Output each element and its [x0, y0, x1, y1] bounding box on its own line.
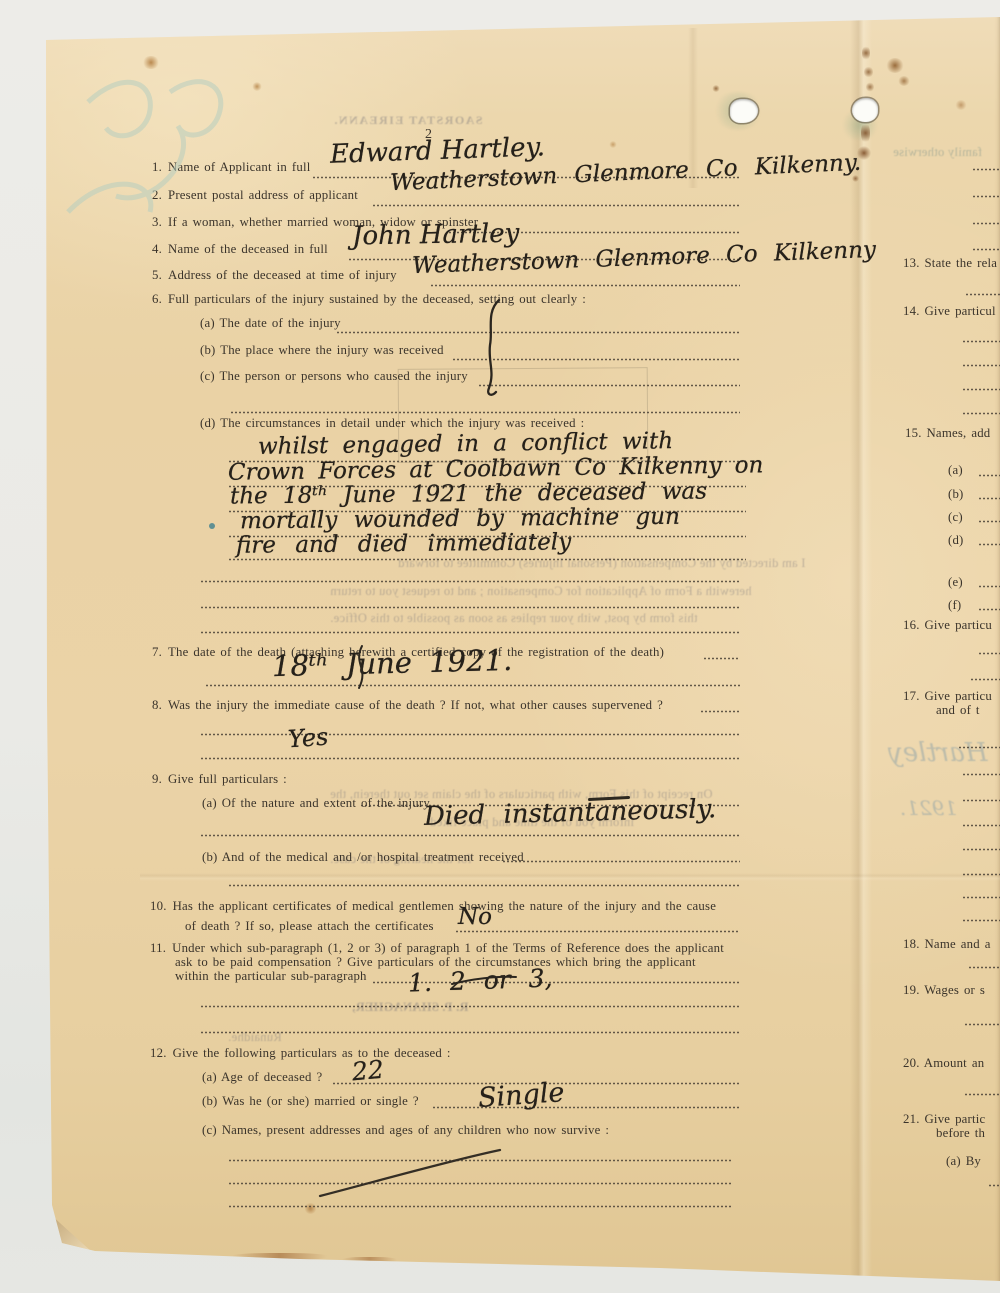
dotted-line — [455, 930, 740, 933]
question-11-line1: 11.Under which sub-paragraph (1, 2 or 3)… — [150, 941, 724, 956]
question-10-line2: of death ? If so, please attach the cert… — [185, 919, 434, 934]
edge-rust — [232, 1253, 327, 1260]
dotted-line — [502, 860, 740, 863]
dotted-line — [978, 608, 1000, 611]
answer-age: 22 — [351, 1055, 385, 1087]
dotted-line — [452, 358, 740, 361]
question-12: 12.Give the following particulars as to … — [150, 1046, 451, 1061]
corner-fold — [50, 1214, 92, 1252]
dotted-line — [972, 168, 1000, 171]
dotted-line — [200, 757, 740, 760]
question-21-line1: 21. Give partic — [903, 1112, 985, 1127]
foxing-stain — [609, 141, 617, 148]
question-17-line1: 17. Give particu — [903, 689, 992, 704]
dotted-line — [972, 222, 1000, 225]
question-11-line3: within the particular sub-paragraph — [175, 969, 367, 984]
dotted-line — [228, 884, 740, 887]
dotted-line — [962, 824, 1000, 827]
question-1: 1.Name of Applicant in full — [152, 160, 311, 175]
rust-spot — [862, 45, 870, 61]
question-15b: (b) — [948, 487, 964, 502]
answer-death-date: 18ᵗʰ June 1921. — [272, 643, 513, 683]
question-6d: (d) The circumstances in detail under wh… — [200, 416, 584, 431]
dotted-line — [972, 195, 1000, 198]
answer-subparagraph: 1. 2 or 3, — [408, 963, 553, 997]
question-6: 6.Full particulars of the injury sustain… — [152, 292, 586, 307]
question-5: 5.Address of the deceased at time of inj… — [152, 268, 397, 283]
dotted-line — [962, 773, 1000, 776]
dotted-line — [962, 412, 1000, 415]
question-6c: (c) The person or persons who caused the… — [200, 369, 468, 384]
strike-through-line — [320, 1150, 500, 1196]
question-21-line2: before th — [936, 1126, 985, 1141]
question-2: 2.Present postal address of applicant — [152, 188, 358, 203]
question-4: 4.Name of the deceased in full — [152, 242, 328, 257]
dotted-line — [965, 293, 1000, 296]
dotted-line — [962, 799, 1000, 802]
dotted-line — [228, 558, 746, 561]
dotted-line — [978, 652, 1000, 655]
question-21a: (a) By — [946, 1154, 981, 1169]
dotted-line — [703, 657, 740, 660]
question-10-line1: 10.Has the applicant certificates of med… — [150, 899, 716, 914]
punch-hole — [852, 98, 878, 122]
rust-spot — [898, 76, 910, 86]
dotted-line — [968, 966, 1000, 969]
answer-married-or-single: Single — [477, 1077, 565, 1114]
dotted-line — [978, 520, 1000, 523]
form-page: SAORSTAT EIREANN. I am directed by the C… — [0, 0, 1000, 1293]
rust-spot — [712, 85, 720, 92]
dotted-line — [228, 1182, 733, 1185]
answer-immediate-cause: Yes — [287, 723, 329, 754]
dotted-line — [972, 248, 1000, 251]
dotted-line — [988, 1184, 1000, 1187]
dotted-line — [962, 896, 1000, 899]
dotted-line — [200, 1005, 740, 1008]
dotted-line — [200, 733, 740, 736]
dotted-line — [964, 1093, 1000, 1096]
dotted-line — [478, 384, 740, 387]
dotted-line — [200, 606, 740, 609]
dotted-line — [962, 364, 1000, 367]
foxing-stain — [252, 82, 262, 91]
dotted-line — [200, 1031, 740, 1034]
question-8: 8.Was the injury the immediate cause of … — [152, 698, 663, 713]
dotted-line — [200, 580, 740, 583]
dotted-line — [962, 919, 1000, 922]
question-15d: (d) — [948, 533, 964, 548]
scanned-document: SAORSTAT EIREANN. I am directed by the C… — [0, 0, 1000, 1293]
dotted-line — [978, 585, 1000, 588]
rust-spot — [866, 82, 874, 92]
question-13: 13. State the rela — [903, 256, 997, 271]
ghost-header: SAORSTAT EIREANN. — [333, 113, 483, 128]
edge-rust — [342, 1257, 397, 1263]
handwritten-brace — [488, 300, 499, 395]
answer-deceased-name: John Hartley — [352, 219, 520, 252]
question-6a: (a) The date of the injury — [200, 316, 341, 331]
dotted-line — [200, 631, 740, 634]
question-19: 19. Wages or s — [903, 983, 985, 998]
answer-certificates: No — [458, 904, 492, 930]
question-18: 18. Name and a — [903, 937, 991, 952]
dotted-line — [962, 848, 1000, 851]
dotted-line — [228, 1159, 733, 1162]
ghost-handwriting: 1921. — [900, 796, 957, 820]
question-15e: (e) — [948, 575, 963, 590]
dotted-line — [962, 388, 1000, 391]
rust-spot — [886, 58, 904, 73]
dotted-line — [205, 684, 740, 687]
ink-dot — [209, 523, 215, 529]
rust-spot — [861, 122, 870, 144]
ghost-right-note: family otherwise — [893, 145, 982, 160]
question-12b: (b) Was he (or she) married or single ? — [202, 1094, 419, 1109]
punch-hole — [730, 99, 758, 123]
question-20: 20. Amount an — [903, 1056, 984, 1071]
dotted-line — [978, 474, 1000, 477]
question-15a: (a) — [948, 463, 963, 478]
answer-nature-of-injury: Died instantaneously. — [424, 794, 717, 832]
vertical-fold-crease — [850, 14, 872, 1278]
foxing-stain — [955, 100, 967, 110]
question-12c: (c) Names, present addresses and ages of… — [202, 1123, 609, 1138]
ghost-line: this form by post, with your replies as … — [330, 611, 698, 626]
dotted-line — [336, 331, 740, 334]
question-12a: (a) Age of deceased ? — [202, 1070, 322, 1085]
dotted-line — [700, 710, 740, 713]
question-9: 9.Give full particulars : — [152, 772, 287, 787]
dotted-line — [962, 873, 1000, 876]
dotted-line — [964, 1023, 1000, 1026]
ghost-handwriting: Hartley — [888, 738, 987, 768]
dotted-line — [200, 834, 740, 837]
question-16: 16. Give particu — [903, 618, 992, 633]
question-15: 15. Names, add — [905, 426, 990, 441]
dotted-line — [430, 284, 740, 287]
ghost-line: herewith a Form of Application for Compe… — [330, 584, 752, 599]
dotted-line — [970, 678, 1000, 681]
question-9b: (b) And of the medical and /or hospital … — [202, 850, 524, 865]
foxing-stain — [142, 56, 160, 69]
question-17-line2: and of t — [936, 703, 980, 718]
dotted-line — [978, 497, 1000, 500]
question-14: 14. Give particul — [903, 304, 996, 319]
horizontal-crease — [140, 873, 1000, 881]
dotted-line — [978, 543, 1000, 546]
question-15c: (c) — [948, 510, 963, 525]
dotted-line — [958, 746, 1000, 749]
dotted-line — [372, 204, 740, 207]
answer-circumstances-line5: fire and died immediately — [236, 529, 571, 559]
rust-spot — [864, 66, 873, 78]
dotted-line — [228, 1205, 733, 1208]
dotted-line — [962, 340, 1000, 343]
question-6b: (b) The place where the injury was recei… — [200, 343, 444, 358]
dotted-line — [230, 411, 740, 414]
question-15f: (f) — [948, 598, 961, 613]
